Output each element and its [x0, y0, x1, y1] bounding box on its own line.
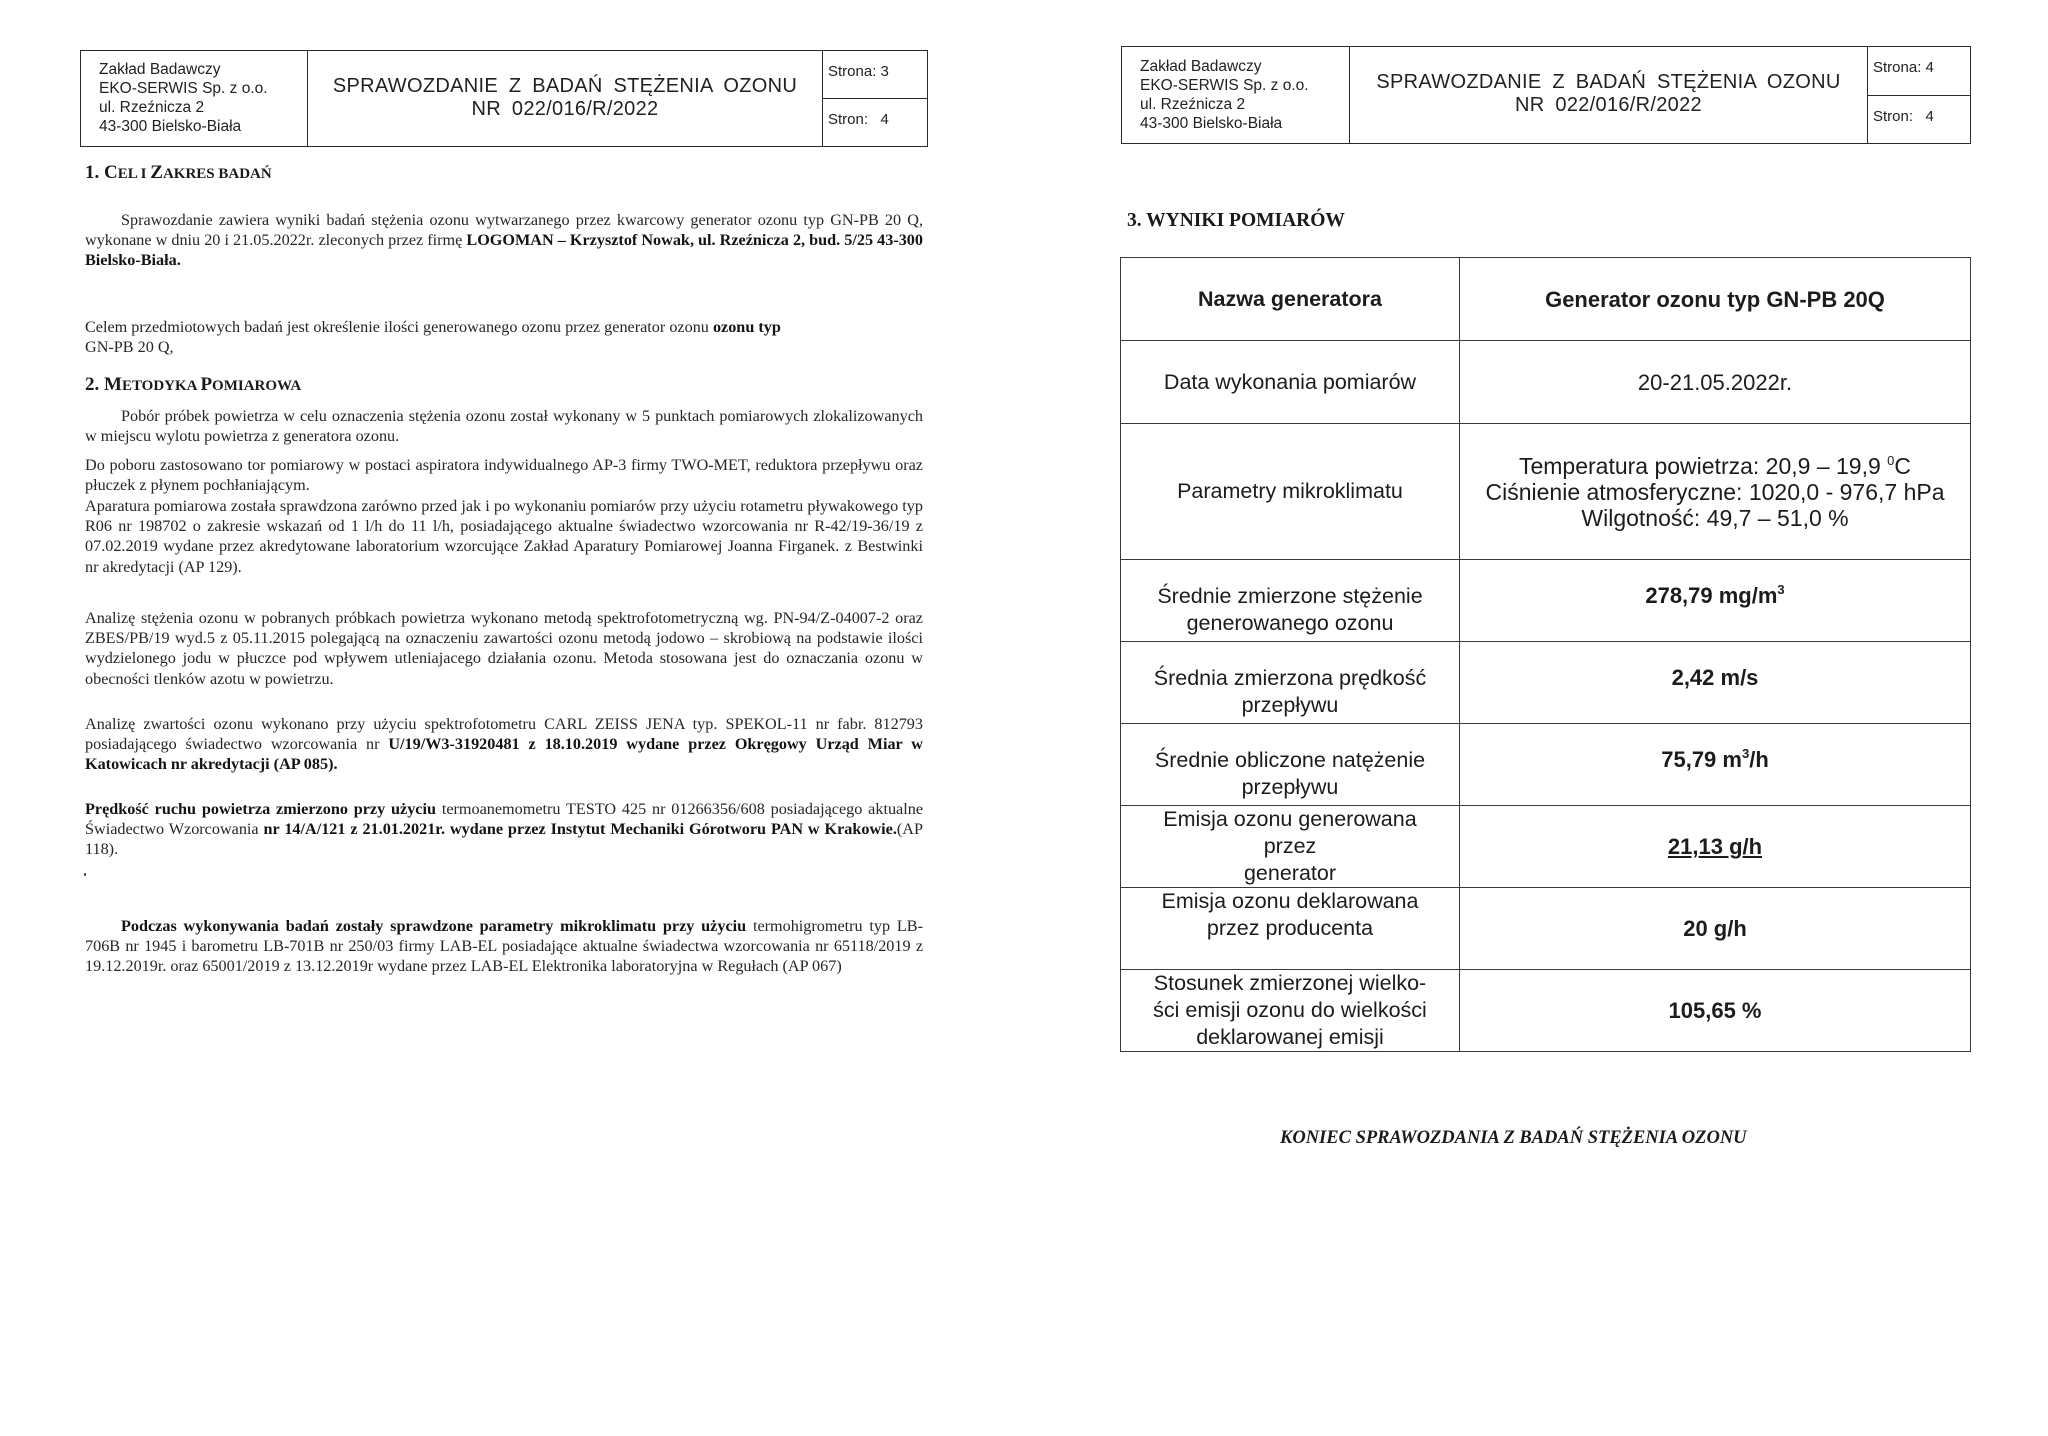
lab-company: EKO-SERWIS Sp. z o.o.	[1140, 76, 1349, 95]
table-row: Emisja ozonu deklarowana przez producent…	[1121, 888, 1971, 970]
report-title-line: SPRAWOZDANIE Z BADAŃ STĘŻENIA OZONU	[1350, 71, 1867, 94]
section-2-paragraph-microclimate: Podczas wykonywania badań zostały sprawd…	[85, 916, 923, 977]
lab-city: 43-300 Bielsko-Biała	[1140, 114, 1349, 133]
lab-name: Zakład Badawczy	[99, 60, 307, 79]
row-value: 20 g/h	[1460, 888, 1971, 970]
section-2-heading: 2. METODYKA POMIAROWA	[85, 374, 301, 396]
row-label: Średnia zmierzona prędkość przepływu	[1121, 642, 1460, 724]
report-header: Zakład Badawczy EKO-SERWIS Sp. z o.o. ul…	[1121, 46, 1971, 144]
row-label: Parametry mikroklimatu	[1121, 424, 1460, 560]
section-1-paragraph-scope: Sprawozdanie zawiera wyniki badań stężen…	[85, 210, 923, 271]
report-title: SPRAWOZDANIE Z BADAŃ STĘŻENIA OZONU NR 0…	[1350, 47, 1868, 143]
table-row: Średnie zmierzone stężenie generowanego …	[1121, 560, 1971, 642]
section-2-paragraph-train: Do poboru zastosowano tor pomiarowy w po…	[85, 455, 923, 495]
report-title: SPRAWOZDANIE Z BADAŃ STĘŻENIA OZONU NR 0…	[308, 51, 823, 146]
row-label: Emisja ozonu deklarowana przez producent…	[1121, 888, 1460, 970]
table-row: Stosunek zmierzonej wielko- ści emisji o…	[1121, 970, 1971, 1052]
current-page: Strona: 3	[823, 51, 927, 99]
row-label: Data wykonania pomiarów	[1121, 341, 1460, 424]
page-counter: Strona: 4 Stron: 4	[1868, 47, 1970, 143]
section-2-paragraph-calibration: Aparatura pomiarowa została sprawdzona z…	[85, 496, 923, 577]
lab-name: Zakład Badawczy	[1140, 57, 1349, 76]
total-pages: Stron: 4	[1868, 96, 1970, 144]
row-label: Średnie obliczone natężenie przepływu	[1121, 724, 1460, 806]
row-value: Generator ozonu typ GN-PB 20Q	[1460, 258, 1971, 341]
lab-address: Zakład Badawczy EKO-SERWIS Sp. z o.o. ul…	[1122, 47, 1350, 143]
row-value: 278,79 mg/m3	[1460, 560, 1971, 642]
section-1-paragraph-goal: Celem przedmiotowych badań jest określen…	[85, 317, 923, 357]
row-label: Nazwa generatora	[1121, 258, 1460, 341]
section-2-paragraph-method: Analizę stężenia ozonu w pobranych próbk…	[85, 608, 923, 689]
lab-address: Zakład Badawczy EKO-SERWIS Sp. z o.o. ul…	[81, 51, 308, 146]
report-page-3: Zakład Badawczy EKO-SERWIS Sp. z o.o. ul…	[0, 0, 1024, 1436]
results-table: Nazwa generatora Generator ozonu typ GN-…	[1120, 257, 1971, 1052]
page-counter: Strona: 3 Stron: 4	[823, 51, 927, 146]
lab-city: 43-300 Bielsko-Biała	[99, 117, 307, 136]
section-2-paragraph-sampling: Pobór próbek powietrza w celu oznaczenia…	[85, 406, 923, 446]
row-label: Średnie zmierzone stężenie generowanego …	[1121, 560, 1460, 642]
section-2-paragraph-anemometer: Prędkość ruchu powietrza zmierzono przy …	[85, 799, 923, 860]
row-value: Temperatura powietrza: 20,9 – 19,9 0C Ci…	[1460, 424, 1971, 560]
table-row: Średnie obliczone natężenie przepływu 75…	[1121, 724, 1971, 806]
row-label: Emisja ozonu generowana przez generator	[1121, 806, 1460, 888]
lab-street: ul. Rzeźnicza 2	[1140, 95, 1349, 114]
row-value: 2,42 m/s	[1460, 642, 1971, 724]
scan-speck	[84, 873, 86, 876]
section-3-heading: 3. WYNIKI POMIARÓW	[1127, 210, 1345, 232]
total-pages: Stron: 4	[823, 99, 927, 146]
table-row: Nazwa generatora Generator ozonu typ GN-…	[1121, 258, 1971, 341]
table-row: Parametry mikroklimatu Temperatura powie…	[1121, 424, 1971, 560]
end-of-report-note: KONIEC SPRAWOZDANIA Z BADAŃ STĘŻENIA OZO…	[1280, 1128, 1840, 1149]
table-row: Data wykonania pomiarów 20-21.05.2022r.	[1121, 341, 1971, 424]
lab-street: ul. Rzeźnicza 2	[99, 98, 307, 117]
section-2-paragraph-spectrophotometer: Analizę zwartości ozonu wykonano przy uż…	[85, 714, 923, 775]
section-1-heading: 1. CEL I ZAKRES BADAŃ	[85, 162, 272, 184]
table-row: Średnia zmierzona prędkość przepływu 2,4…	[1121, 642, 1971, 724]
report-number: NR 022/016/R/2022	[308, 98, 822, 121]
row-value: 105,65 %	[1460, 970, 1971, 1052]
current-page: Strona: 4	[1868, 47, 1970, 96]
row-label: Stosunek zmierzonej wielko- ści emisji o…	[1121, 970, 1460, 1052]
lab-company: EKO-SERWIS Sp. z o.o.	[99, 79, 307, 98]
table-row: Emisja ozonu generowana przez generator …	[1121, 806, 1971, 888]
report-number: NR 022/016/R/2022	[1350, 94, 1867, 117]
row-value: 21,13 g/h	[1460, 806, 1971, 888]
report-title-line: SPRAWOZDANIE Z BADAŃ STĘŻENIA OZONU	[308, 75, 822, 98]
report-header: Zakład Badawczy EKO-SERWIS Sp. z o.o. ul…	[80, 50, 928, 147]
row-value: 20-21.05.2022r.	[1460, 341, 1971, 424]
row-value: 75,79 m3/h	[1460, 724, 1971, 806]
